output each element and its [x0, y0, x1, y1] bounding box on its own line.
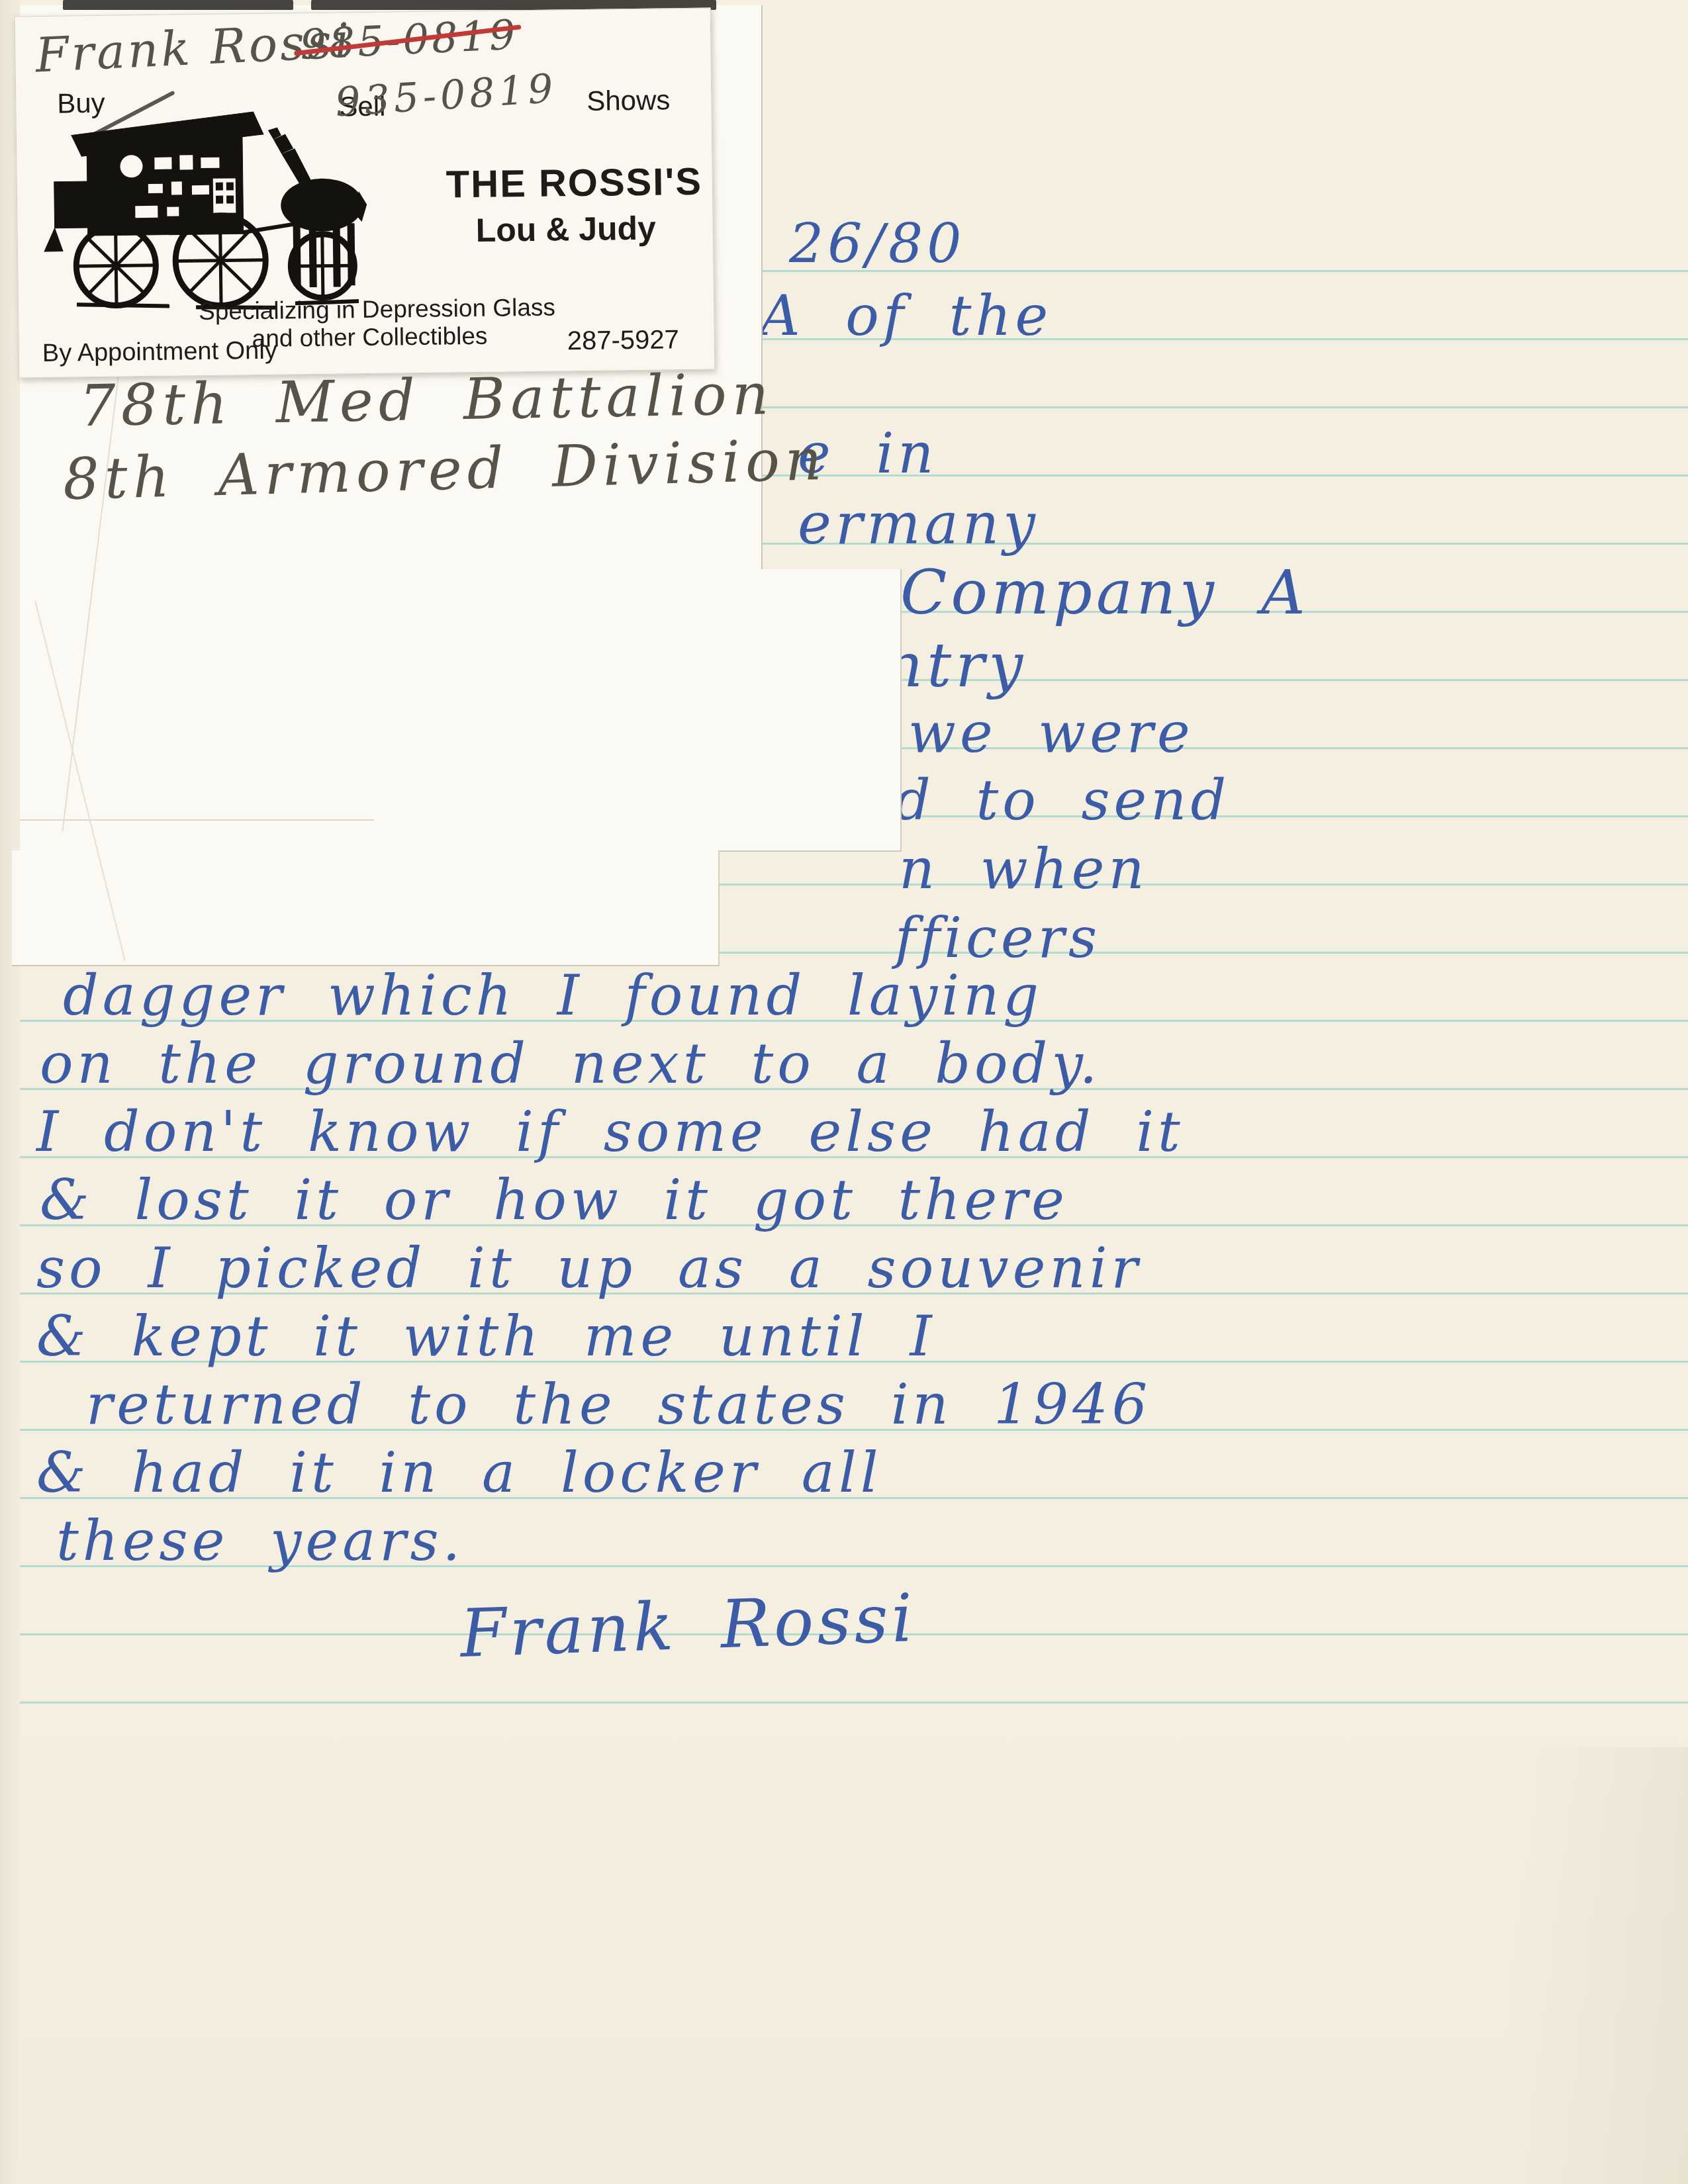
- paper-bottom-shading: [0, 1734, 1688, 2184]
- paper-crease: [20, 819, 374, 821]
- letter-body-line: returned to the states in 1946: [86, 1372, 1151, 1437]
- overlay-sheet-bottom: [12, 850, 720, 966]
- card-tagline-line1: Specializing in Depression Glass: [199, 293, 555, 326]
- letter-partial-line: ntry: [884, 630, 1027, 701]
- letter-partial-line: ermany: [798, 491, 1039, 557]
- page-left-edge: [0, 0, 20, 2184]
- card-tagline-line2: and other Collectibles: [252, 322, 487, 353]
- letter-partial-line: fficers: [895, 905, 1101, 970]
- card-phone: 287-5927: [567, 325, 679, 356]
- card-business-name: THE ROSSI'S: [445, 159, 702, 207]
- letter-date: 26/80: [789, 213, 965, 276]
- scan-edge-strip: [63, 0, 293, 10]
- letter-partial-line: A of the: [760, 283, 1052, 348]
- card-crossed-out-phone: 985-0819: [299, 10, 519, 68]
- letter-body-line: dagger which I found laying: [63, 963, 1043, 1028]
- letter-body-line: & had it in a locker all: [36, 1440, 882, 1505]
- card-label-shows: Shows: [586, 84, 671, 117]
- scanned-document: 26/80 A of the e in ermany Company A ntr…: [0, 0, 1688, 2184]
- paper-fold-shadow: [1503, 1747, 1688, 2184]
- business-card: Frank Rossi 985-0819 Buy Sell Shows 935-…: [15, 8, 716, 379]
- card-owners: Lou & Judy: [475, 209, 656, 250]
- letter-body-line: on the ground next to a body.: [40, 1031, 1101, 1096]
- overlay-sheet-middle: [20, 569, 902, 852]
- card-new-phone: 935-0819: [334, 66, 558, 126]
- letter-partial-line: we were: [908, 700, 1194, 765]
- letter-body-line: & lost it or how it got there: [40, 1167, 1068, 1232]
- letter-partial-line: d to send: [895, 768, 1230, 833]
- letter-body-line: & kept it with me until I: [36, 1304, 936, 1369]
- letter-partial-line: n when: [899, 837, 1149, 901]
- card-by-appointment: By Appointment Only: [42, 337, 277, 368]
- strikethrough-phone: 985-0819: [299, 10, 519, 68]
- letter-body-line: these years.: [56, 1508, 464, 1573]
- letter-body-line: so I picked it up as a souvenir: [36, 1236, 1142, 1300]
- horse-drawn-wagon-icon: [34, 92, 368, 321]
- letter-signature: Frank Rossi: [459, 1579, 917, 1672]
- letter-partial-line: Company A: [900, 557, 1309, 628]
- letter-body-line: I don't know if some else had it: [36, 1099, 1184, 1164]
